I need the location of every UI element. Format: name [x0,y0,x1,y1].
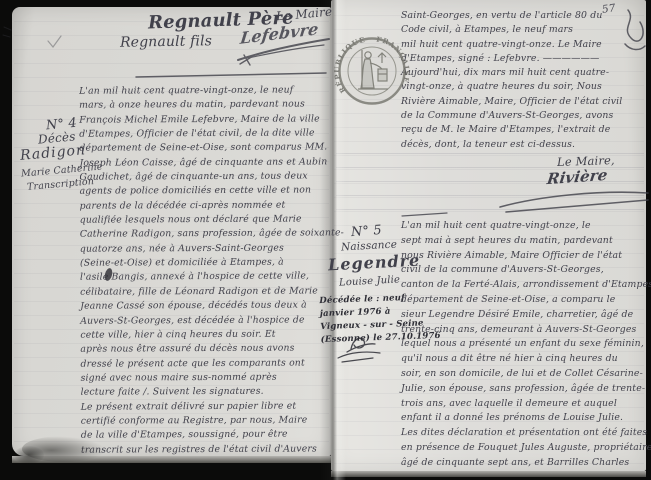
signature-regnault-fils: Regnault fils [120,33,212,51]
left-act-text: L'an mil huit cent quatre-vingt-onze, le… [79,83,345,457]
republique-francaise-seal: RÉPUBLIQUE FRANÇAISE [334,33,410,109]
right-birth-act-text: L'an mil huit cent quatre-vingt-onze, le… [401,219,651,471]
right-page-bottom-edge [331,471,646,477]
edge-tick-marks [3,27,11,37]
scanned-register-spread: Regnault Père Regnault fils Le Maire Lef… [0,0,651,480]
right-transcription-text: Saint-Georges, en vertu de l'article 80 … [401,9,622,152]
margin-act-number-right: N° 5 [351,223,383,240]
